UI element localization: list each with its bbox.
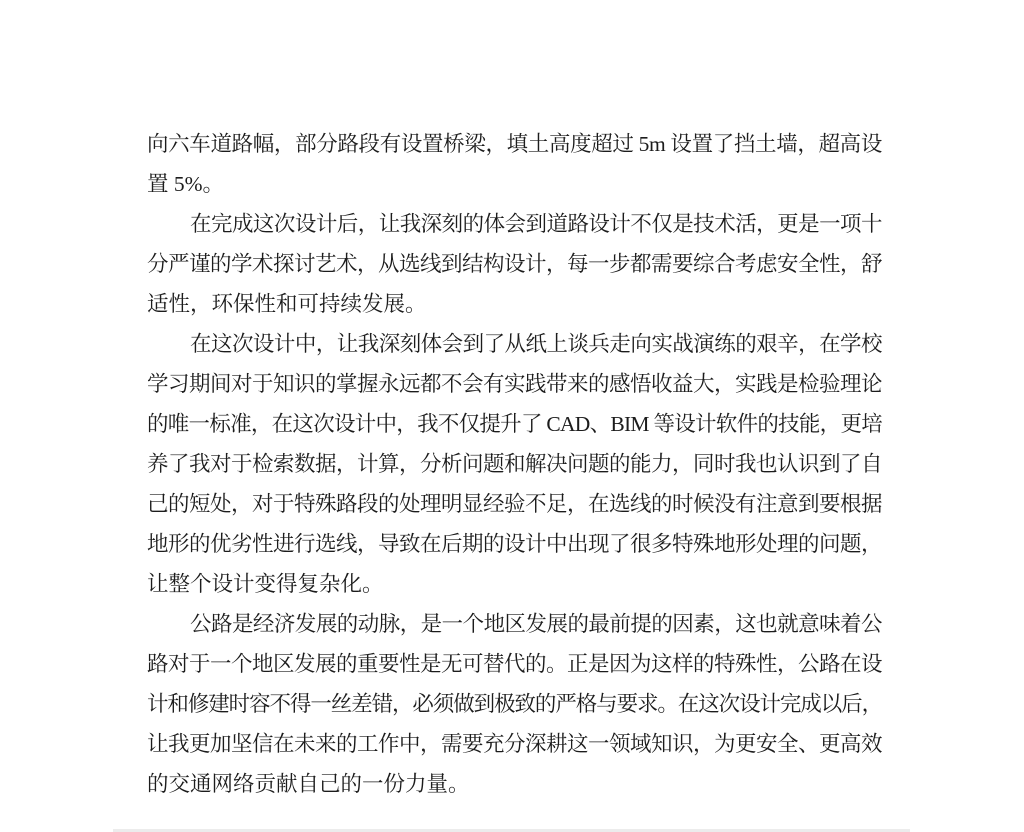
text-line: 学习期间对于知识的掌握永远都不会有实践带来的感悟收益大，实践是检验理论 <box>147 364 882 404</box>
document-page: 向六车道路幅，部分路段有设置桥梁，填土高度超过 5m 设置了挡土墙，超高设置 5… <box>0 0 1024 832</box>
text-line: 分严谨的学术探讨艺术，从选线到结构设计，每一步都需要综合考虑安全性，舒 <box>147 244 882 284</box>
text-line: 公路是经济发展的动脉，是一个地区发展的最前提的因素，这也就意味着公 <box>147 604 882 644</box>
text-line: 的唯一标准，在这次设计中，我不仅提升了 CAD、BIM 等设计软件的技能，更培 <box>147 404 882 444</box>
paragraph: 在完成这次设计后，让我深刻的体会到道路设计不仅是技术活，更是一项十分严谨的学术探… <box>147 204 882 324</box>
paragraph: 公路是经济发展的动脉，是一个地区发展的最前提的因素，这也就意味着公路对于一个地区… <box>147 604 882 804</box>
text-line: 地形的优劣性进行选线，导致在后期的设计中出现了很多特殊地形处理的问题， <box>147 524 882 564</box>
text-line: 养了我对于检索数据，计算，分析问题和解决问题的能力，同时我也认识到了自 <box>147 444 882 484</box>
text-line: 在这次设计中，让我深刻体会到了从纸上谈兵走向实战演练的艰辛，在学校 <box>147 324 882 364</box>
paragraph: 在这次设计中，让我深刻体会到了从纸上谈兵走向实战演练的艰辛，在学校学习期间对于知… <box>147 324 882 604</box>
text-line: 让整个设计变得复杂化。 <box>147 564 882 604</box>
text-line: 让我更加坚信在未来的工作中，需要充分深耕这一领域知识，为更安全、更高效 <box>147 724 882 764</box>
paragraph: 向六车道路幅，部分路段有设置桥梁，填土高度超过 5m 设置了挡土墙，超高设置 5… <box>147 124 882 204</box>
text-line: 的交通网络贡献自己的一份力量。 <box>147 764 882 804</box>
document-body: 向六车道路幅，部分路段有设置桥梁，填土高度超过 5m 设置了挡土墙，超高设置 5… <box>147 124 882 804</box>
text-line: 己的短处，对于特殊路段的处理明显经验不足，在选线的时候没有注意到要根据 <box>147 484 882 524</box>
text-line: 向六车道路幅，部分路段有设置桥梁，填土高度超过 5m 设置了挡土墙，超高设 <box>147 124 882 164</box>
text-line: 在完成这次设计后，让我深刻的体会到道路设计不仅是技术活，更是一项十 <box>147 204 882 244</box>
text-line: 适性，环保性和可持续发展。 <box>147 284 882 324</box>
text-line: 计和修建时容不得一丝差错，必须做到极致的严格与要求。在这次设计完成以后， <box>147 684 882 724</box>
text-line: 路对于一个地区发展的重要性是无可替代的。正是因为这样的特殊性，公路在设 <box>147 644 882 684</box>
text-line: 置 5%。 <box>147 164 882 204</box>
